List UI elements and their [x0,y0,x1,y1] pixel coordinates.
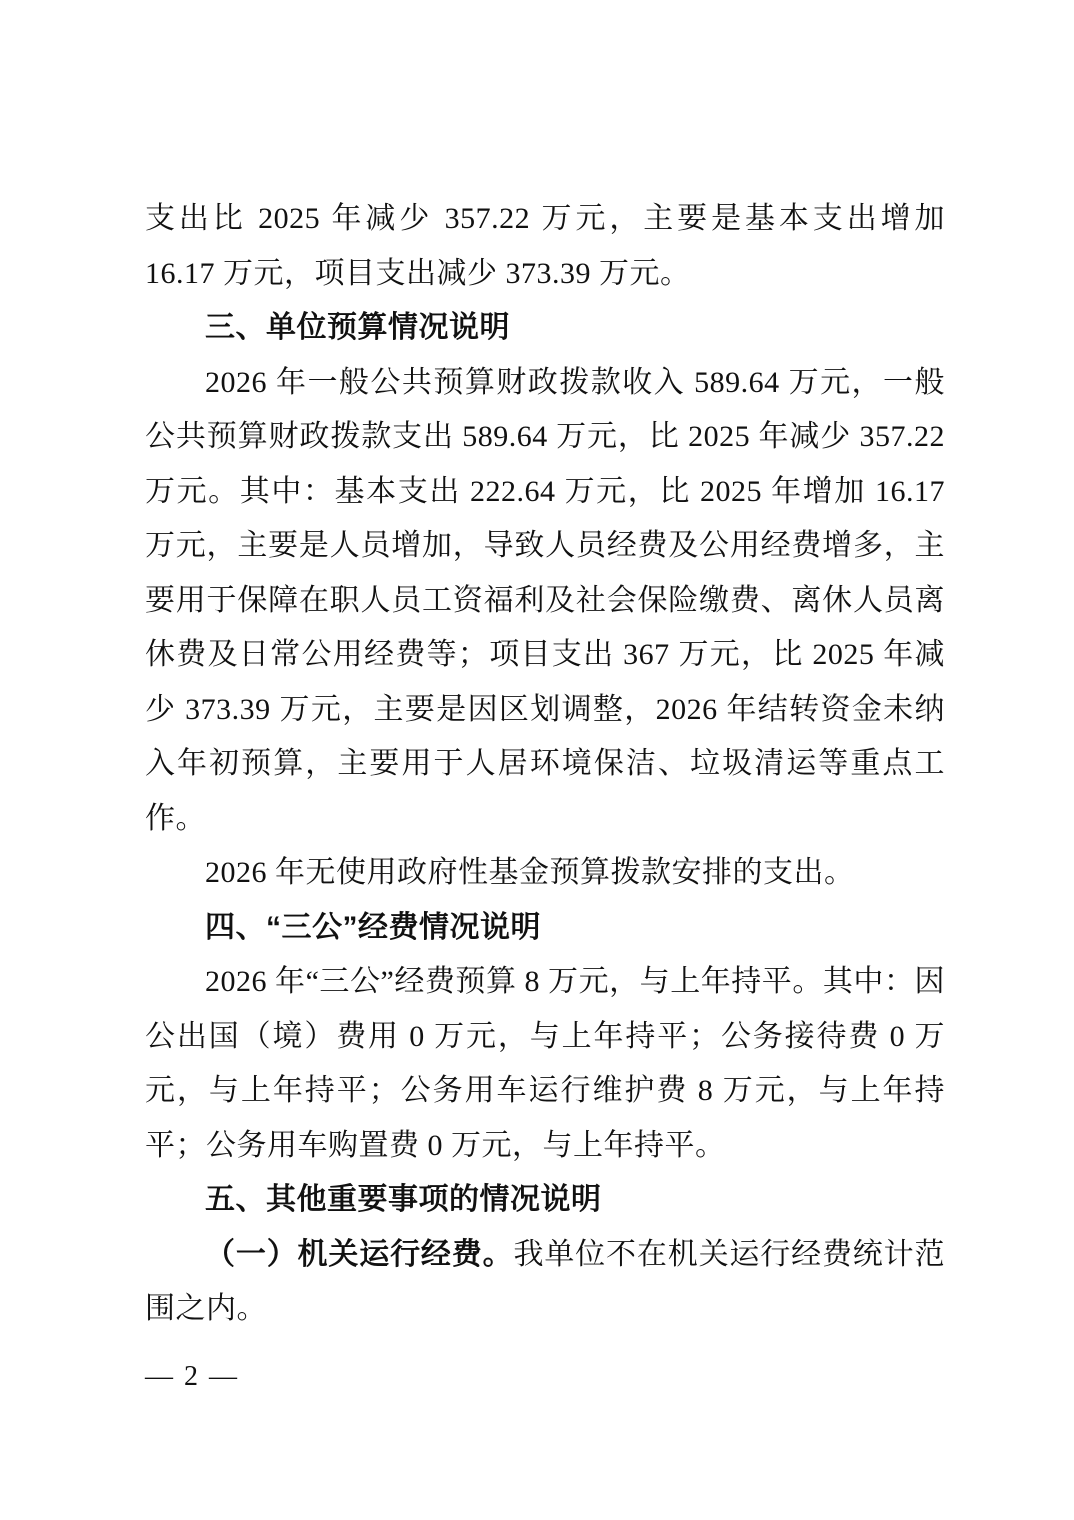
paragraph-section-5-operating-costs: （一）机关运行经费。我单位不在机关运行经费统计范围之内。 [145,1228,945,1337]
paragraph-continuation: 支出比 2025 年减少 357.22 万元，主要是基本支出增加 16.17 万… [145,192,945,301]
page-content: 支出比 2025 年减少 357.22 万元，主要是基本支出增加 16.17 万… [145,192,945,1337]
paragraph-section-3-budget: 2026 年一般公共预算财政拨款收入 589.64 万元，一般公共预算财政拨款支… [145,356,945,847]
section-heading-4: 四、“三公”经费情况说明 [145,901,945,956]
page-footer: — 2 — [145,1360,239,1394]
page-number: — 2 — [145,1361,239,1392]
section-heading-5: 五、其他重要事项的情况说明 [145,1173,945,1228]
paragraph-section-3-gov-fund: 2026 年无使用政府性基金预算拨款安排的支出。 [145,846,945,901]
section-heading-3: 三、单位预算情况说明 [145,301,945,356]
paragraph-lead-in: （一）机关运行经费。 [205,1238,513,1271]
document-page: 支出比 2025 年减少 357.22 万元，主要是基本支出增加 16.17 万… [0,0,1074,1520]
paragraph-section-4-three-public: 2026 年“三公”经费预算 8 万元，与上年持平。其中：因公出国（境）费用 0… [145,955,945,1173]
